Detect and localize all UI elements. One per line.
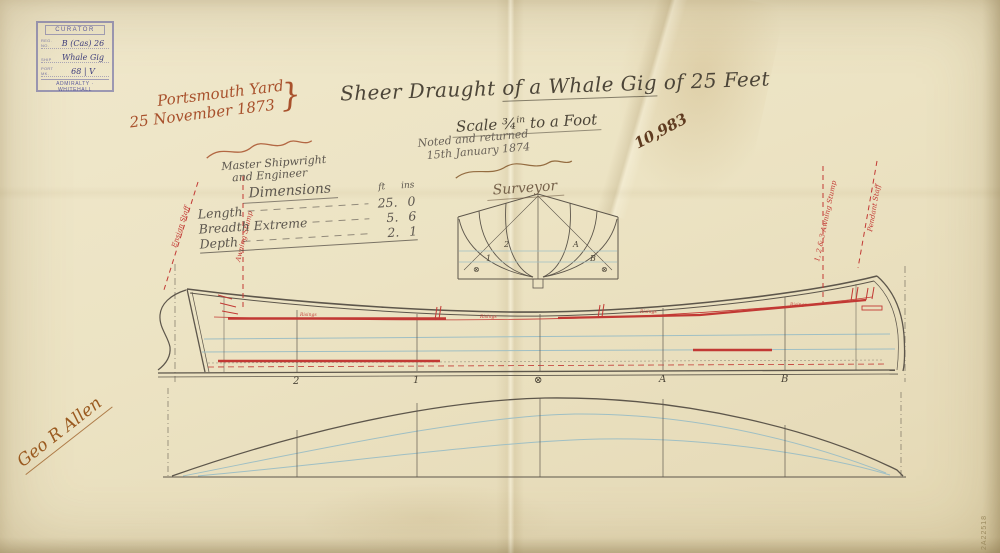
title-part3: of 25 Feet [657,67,771,95]
master-shipwright-block: Master Shipwright and Engineer [204,134,328,186]
svg-text:B: B [780,374,788,385]
keel-line [158,370,895,373]
sheer-plan: 2 1 ⊗ A B [158,264,905,387]
station-lines [224,284,856,372]
stamp-curator-label: CURATOR [45,25,105,35]
svg-text:Risings: Risings [479,314,497,320]
stamp-row-value: Whale Gig [57,53,109,62]
stamp-row: Reg. No. B (Cas) 26 [41,35,109,49]
drawing-sheet: 2 1 ⊗ A B [0,0,1000,553]
stamp-row-label: Port Mk. [41,66,57,76]
body-plan: 2 1 ⊗ A B ⊗ [458,194,618,288]
svg-text:Risings: Risings [639,309,657,315]
stamp-row-value: 68 | V [57,67,109,76]
svg-text:⊗: ⊗ [534,375,542,386]
svg-text:1: 1 [486,254,491,263]
admiralty-curator-stamp: CURATOR Reg. No. B (Cas) 26 Ship Whale G… [36,21,114,92]
svg-text:1: 1 [413,375,419,386]
keel-section [533,279,543,288]
stern-post [187,289,205,372]
stamp-row-value: B (Cas) 26 [57,39,109,48]
dimensions-table: Dimensions ft ins Length 25. 0 Breadth E… [196,175,418,253]
stamp-row: Port Mk. 68 | V [41,63,109,77]
stamp-footer: ADMIRALTY · WHITEHALL [41,79,109,93]
bow-stem [877,276,905,371]
sheer-line [187,276,877,312]
svg-text:Risings: Risings [299,312,317,318]
half-breadth-plan [163,388,906,477]
title-part2: of a Whale Gig [502,70,658,101]
dash-leader [243,233,370,242]
svg-text:2: 2 [292,376,299,387]
sheer-half-breadth [172,398,903,476]
svg-text:A: A [658,374,666,385]
svg-text:Risings: Risings [789,302,807,308]
awning-stump-right-label: 1, 2 & 3 Awning Stump [813,179,838,262]
stamp-row: Ship Whale Gig [41,49,109,63]
dash-leader [312,218,369,222]
negative-number: 2A22518 [981,494,988,550]
svg-text:⊗: ⊗ [601,265,608,274]
svg-text:2: 2 [503,240,509,249]
half-breadth-stations [297,398,785,477]
col-ft: ft [378,182,386,192]
stamp-row-label: Ship [41,57,57,62]
waterlines [202,334,895,352]
svg-text:B: B [589,254,596,263]
svg-text:A: A [572,240,579,249]
stern-profile [158,290,186,370]
dash-leader [247,203,368,211]
half-breadth-waterlines [183,414,890,476]
svg-text:⊗: ⊗ [473,265,480,274]
stamp-row-label: Reg. No. [41,38,57,48]
ensign-staff-label: Ensign Staff [170,204,192,250]
col-ins: ins [401,180,415,191]
